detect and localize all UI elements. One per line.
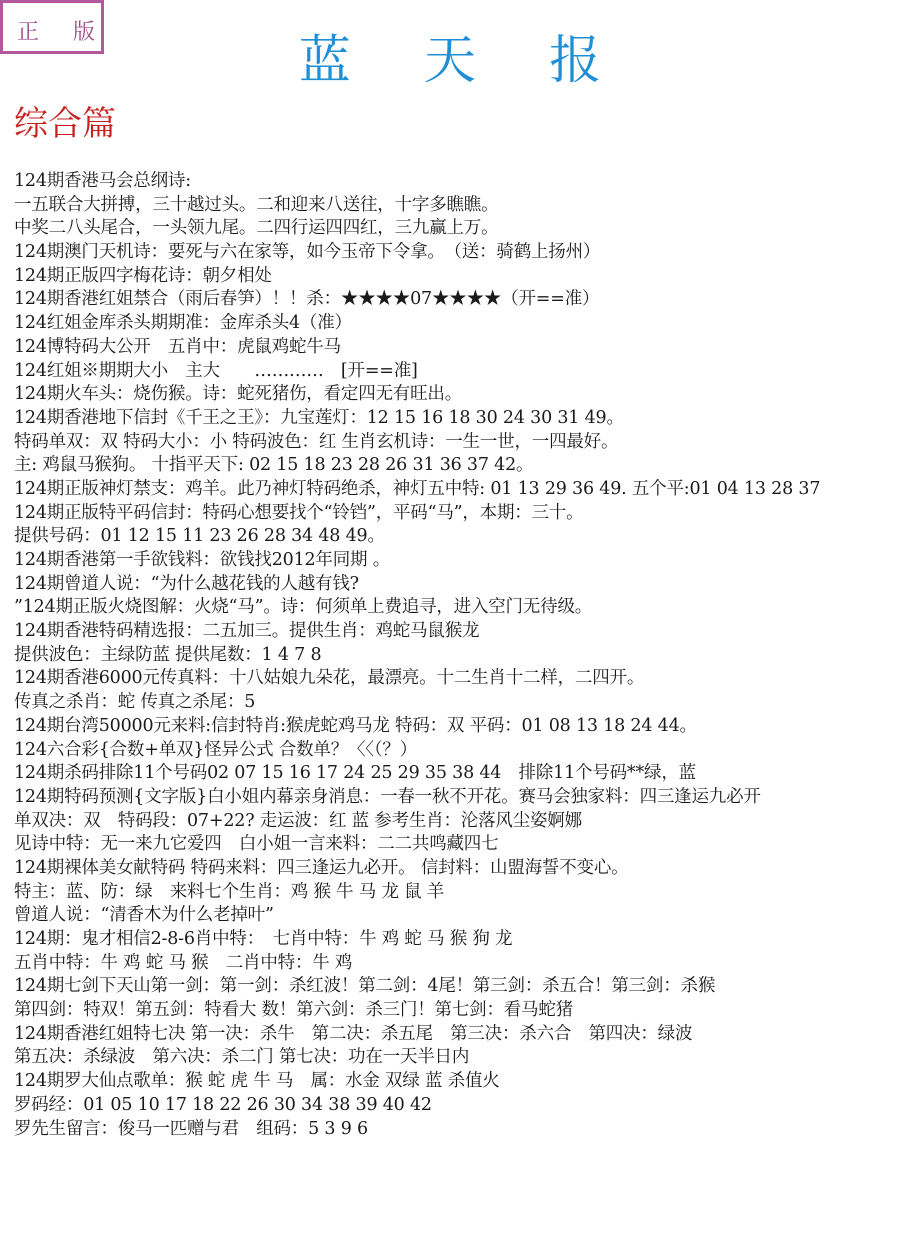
text-line: 提供波色：主绿防蓝 提供尾数：1 4 7 8 [14, 644, 900, 668]
text-line: 提供号码：01 12 15 11 23 26 28 34 48 49。 [14, 525, 900, 549]
text-line: 124期火车头：烧伤猴。诗：蛇死猪伤，看定四无有旺出。 [14, 383, 900, 407]
title-char: 天 [424, 18, 476, 93]
text-line: 主: 鸡鼠马猴狗。 十指平天下: 02 15 18 23 28 26 31 36… [14, 454, 900, 478]
text-line: 五肖中特：牛 鸡 蛇 马 猴 二肖中特：牛 鸡 [14, 952, 900, 976]
text-line: 124期：鬼才相信2-8-6肖中特： 七肖中特：牛 鸡 蛇 马 猴 狗 龙 [14, 928, 900, 952]
text-line: 124六合彩{合数+单双}怪异公式 合数单？〈〈（？） [14, 739, 900, 763]
text-line: 124期罗大仙点歌单：猴 蛇 虎 牛 马 属：水金 双绿 蓝 杀值火 [14, 1070, 900, 1094]
text-line: 124期香港特码精选报：二五加三。提供生肖：鸡蛇马鼠猴龙 [14, 620, 900, 644]
text-line: 124红姐※期期大小 主大 ………… [开==准] [14, 360, 900, 384]
text-line: 第五决：杀绿波 第六决：杀二门 第七决：功在一天半日内 [14, 1046, 900, 1070]
text-line: 罗码经：01 05 10 17 18 22 26 30 34 38 39 40 … [14, 1094, 900, 1118]
text-line: 124期香港红姐特七决 第一决：杀牛 第二决：杀五尾 第三决：杀六合 第四决：绿… [14, 1023, 900, 1047]
text-line: 124博特码大公开 五肖中：虎鼠鸡蛇牛马 [14, 336, 900, 360]
text-line: 124期杀码排除11个号码02 07 15 16 17 24 25 29 35 … [14, 762, 900, 786]
text-line: 124期香港6000元传真料：十八姑娘九朵花，最漂亮。十二生肖十二样，二四开。 [14, 667, 900, 691]
text-line: 124期裸体美女献特码 特码来料：四三逢运九必开。 信封料：山盟海誓不变心。 [14, 857, 900, 881]
section-title: 综合篇 [14, 96, 116, 145]
text-line: 见诗中特：无一来九它爱四 白小姐一言来料：二二共鸣藏四七 [14, 833, 900, 857]
text-line: 中奖二八头尾合，一头领九尾。二四行运四四红，三九赢上万。 [14, 217, 900, 241]
title-char: 蓝 [299, 18, 351, 93]
text-line: 一五联合大拼搏，三十越过头。二和迎来八送往，十字多瞧瞧。 [14, 194, 900, 218]
text-line: 单双决：双 特码段：07+22? 走运波：红 蓝 参考生肖：沦落风尘姿婀娜 [14, 810, 900, 834]
text-line: 124期澳门天机诗：要死与六在家等，如今玉帝下令拿。 （送：骑鹤上扬州） [14, 241, 900, 265]
text-line: 124红姐金库杀头期期准：金库杀头4（准） [14, 312, 900, 336]
text-line: 124期香港红姐禁合（雨后春笋）！！杀：★★★★07★★★★（开==准） [14, 288, 900, 312]
text-line: 124期香港地下信封《千王之王》：九宝莲灯：12 15 16 18 30 24 … [14, 407, 900, 431]
text-line: 124期正版神灯禁支：鸡羊。此乃神灯特码绝杀，神灯五中特: 01 13 29 3… [14, 478, 900, 502]
text-line: 第四剑：特双！第五剑：特看大 数！第六剑：杀三门！第七剑：看马蛇猪 [14, 999, 900, 1023]
text-line: 124期特码预测{文字版}白小姐内幕亲身消息：一春一秋不开花。赛马会独家料：四三… [14, 786, 900, 810]
text-line: 124期香港第一手欲钱料：欲钱找2012年同期 。 [14, 549, 900, 573]
text-line: 124期香港马会总纲诗: [14, 170, 900, 194]
text-line: 124期台湾50000元来料:信封特肖:猴虎蛇鸡马龙 特码：双 平码：01 08… [14, 715, 900, 739]
text-line: 曾道人说：“清香木为什么老掉叶” [14, 904, 900, 928]
text-line: 传真之杀肖：蛇 传真之杀尾：5 [14, 691, 900, 715]
text-line: 124期正版四字梅花诗：朝夕相处 [14, 265, 900, 289]
text-line: ”124期正版火烧图解：火烧“马”。诗：何须单上费追寻，进入空门无待级。 [14, 596, 900, 620]
title-char: 报 [549, 18, 601, 93]
text-line: 特码单双：双 特码大小：小 特码波色：红 生肖玄机诗：一生一世，一四最好。 [14, 431, 900, 455]
content-lines: 124期香港马会总纲诗:一五联合大拼搏，三十越过头。二和迎来八送往，十字多瞧瞧。… [14, 170, 900, 1141]
text-line: 罗先生留言：俊马一匹赠与君 组码：5 3 9 6 [14, 1118, 900, 1142]
text-line: 124期曾道人说：“为什么越花钱的人越有钱? [14, 573, 900, 597]
text-line: 特主：蓝、防：绿 来料七个生肖：鸡 猴 牛 马 龙 鼠 羊 [14, 881, 900, 905]
text-line: 124期七剑下天山第一剑：第一剑：杀红波！第二剑：4尾！第三剑：杀五合！第三剑：… [14, 975, 900, 999]
page-title: 蓝 天 报 [0, 18, 900, 93]
text-line: 124期正版特平码信封：特码心想要找个“铃铛”，平码“马”，本期：三十。 [14, 502, 900, 526]
